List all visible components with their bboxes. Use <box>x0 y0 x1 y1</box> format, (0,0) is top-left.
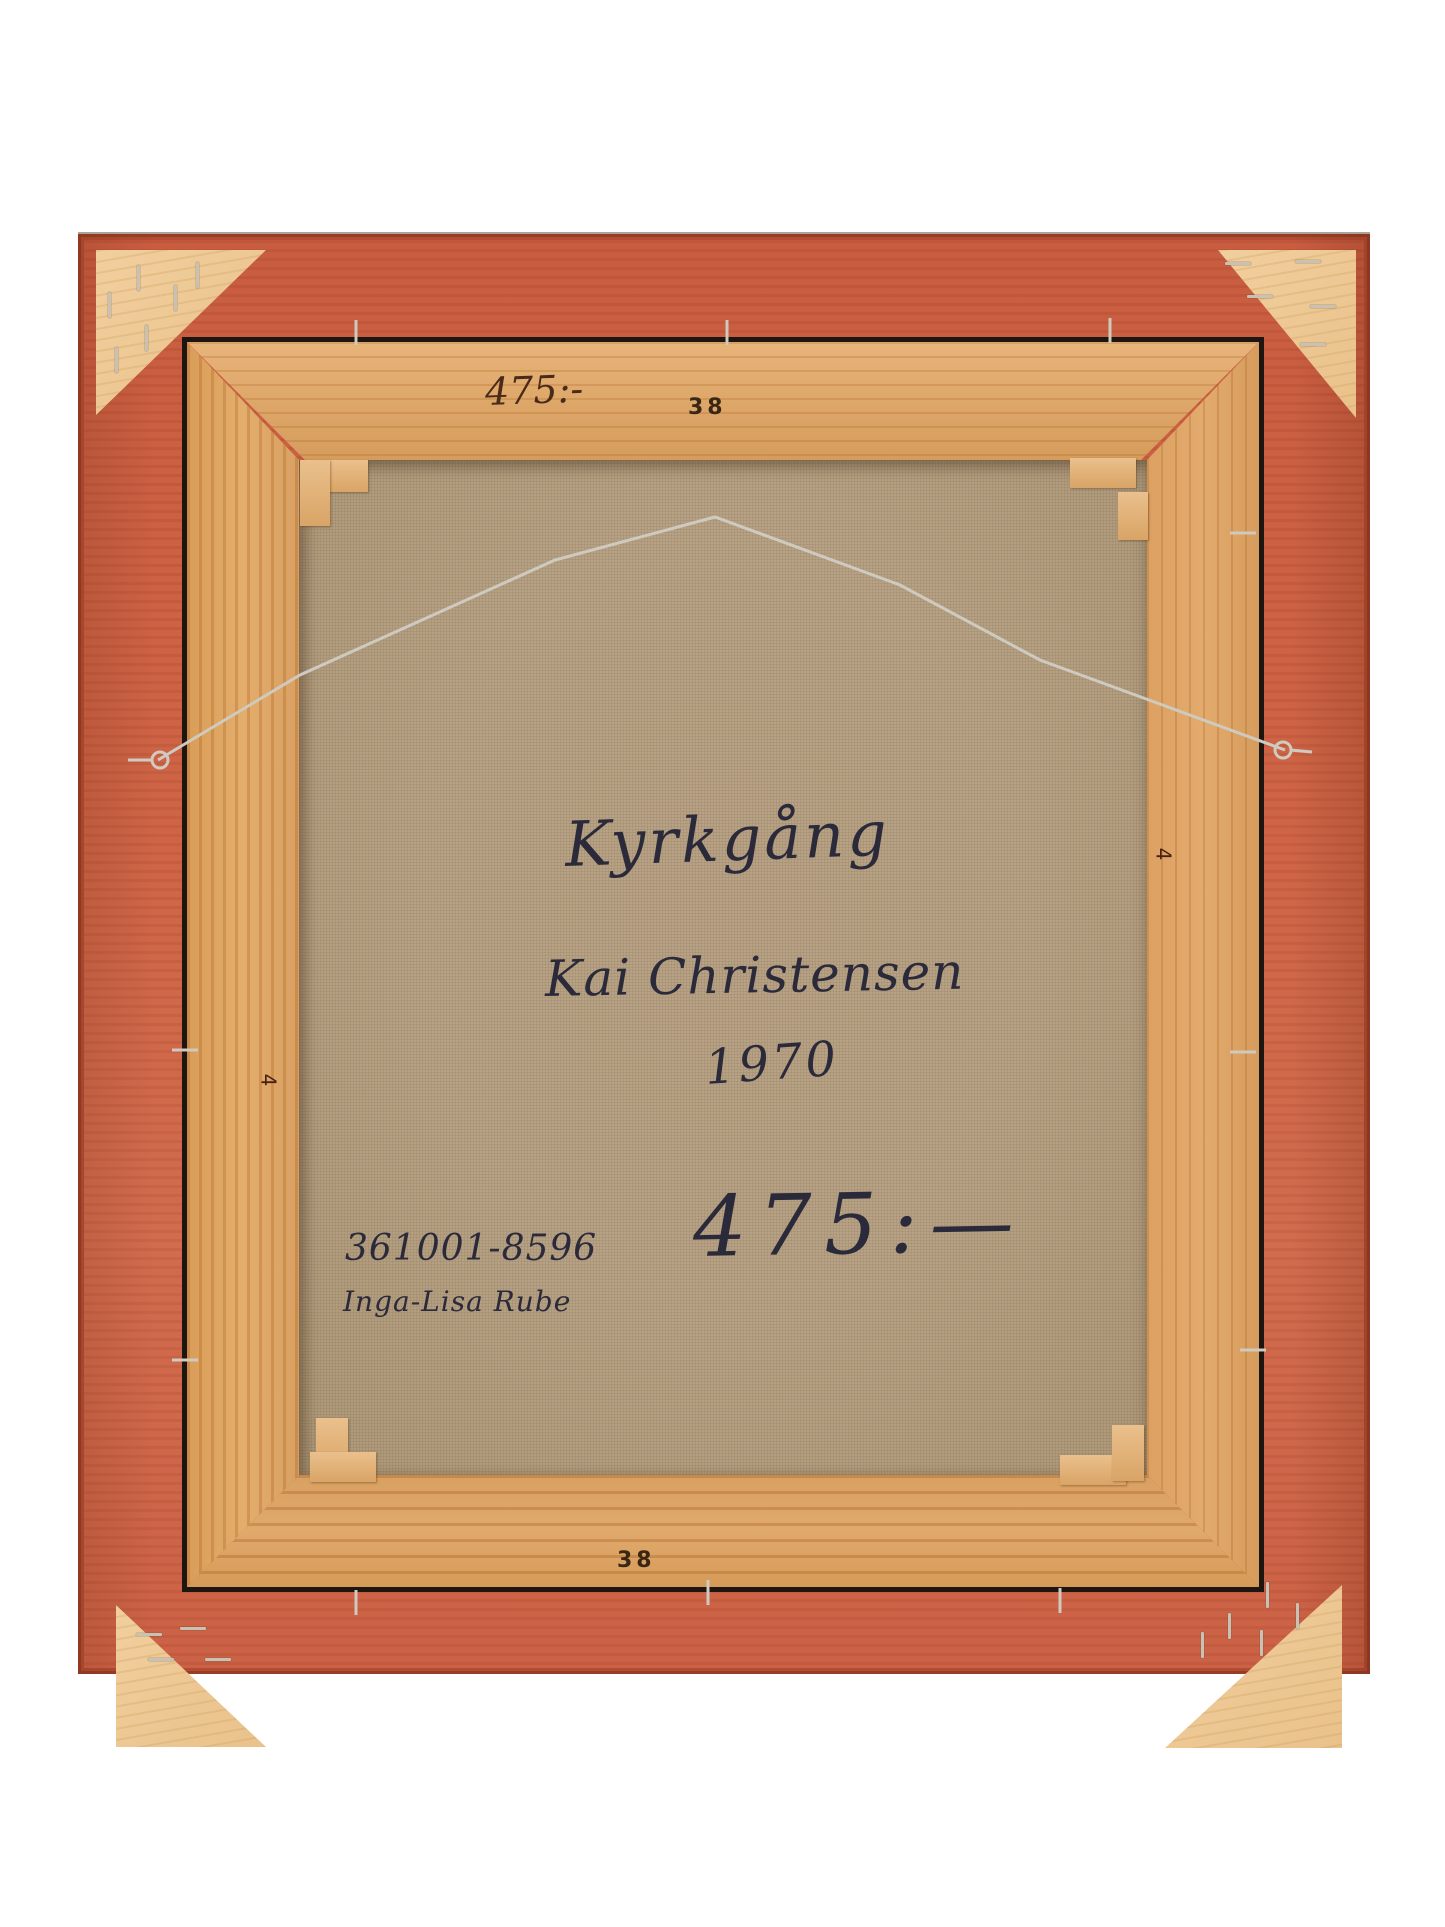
painting-back-photo: Kyrkgång Kai Christensen 1970 475:— 3610… <box>0 0 1445 1927</box>
id-number-inscription: 361001-8596 <box>345 1228 597 1269</box>
owner-name-inscription: Inga-Lisa Rube <box>343 1285 571 1318</box>
staple <box>136 1633 162 1636</box>
stretcher-bar-left <box>187 342 299 1587</box>
staple <box>145 325 148 351</box>
staple <box>1300 343 1326 346</box>
price-inscription: 475:— <box>692 1172 1026 1276</box>
artist-name-inscription: Kai Christensen <box>544 943 964 1008</box>
stretcher-mark-left: 4 <box>256 1074 280 1087</box>
staple <box>137 265 140 291</box>
painting-title-inscription: Kyrkgång <box>564 797 891 881</box>
stretcher-key <box>300 460 330 526</box>
stretcher-bar-right <box>1147 342 1259 1587</box>
staple <box>1228 1613 1231 1639</box>
stretcher-bar-bottom <box>187 1475 1259 1587</box>
staple <box>205 1658 231 1661</box>
staple <box>1310 305 1336 308</box>
stretcher-key <box>1112 1425 1144 1481</box>
staple <box>1201 1632 1204 1658</box>
stretcher-key <box>310 1452 376 1482</box>
stretcher-mark-right: 4 <box>1151 848 1175 861</box>
staple <box>196 262 199 288</box>
staple <box>1260 1630 1263 1656</box>
stretcher-key <box>1118 492 1148 540</box>
staple <box>108 292 111 318</box>
stretcher-price-inscription: 475:- <box>484 367 584 414</box>
staple <box>1266 1582 1269 1608</box>
staple <box>115 347 118 373</box>
staple <box>180 1627 206 1630</box>
staple <box>1296 1603 1299 1629</box>
staple <box>148 1658 174 1661</box>
staple <box>1295 260 1321 263</box>
year-inscription: 1970 <box>703 1031 841 1096</box>
staple <box>1247 295 1273 298</box>
stretcher-size-stamp-bottom: 38 <box>617 1548 656 1573</box>
stretcher-key <box>1070 458 1136 488</box>
staple <box>174 285 177 311</box>
staple <box>1225 262 1251 265</box>
stretcher-size-stamp-top: 38 <box>688 395 727 420</box>
